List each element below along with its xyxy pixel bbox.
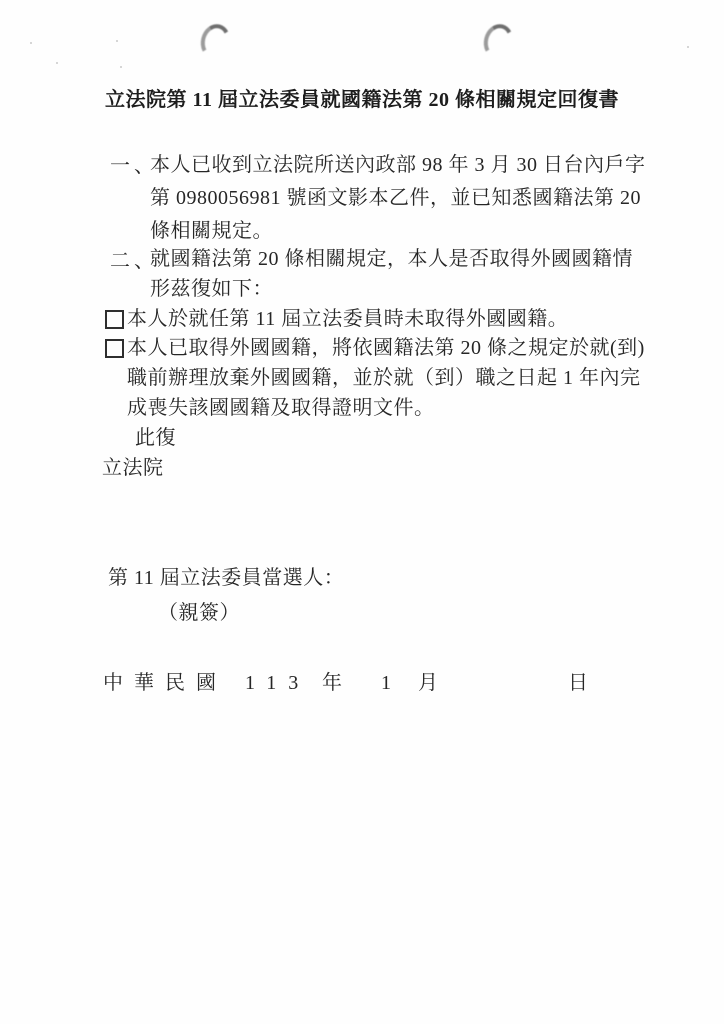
option-2-text: 本人已取得外國國籍，將依國籍法第 20 條之規定於就(到) 職前辦理放棄外國國籍… <box>127 333 645 423</box>
addressee: 立法院 <box>102 454 164 482</box>
punch-hole-shadow-left-icon <box>197 21 234 62</box>
scan-speck <box>120 66 122 68</box>
text-line: 第 0980056981 號函文影本乙件，並已知悉國籍法第 20 <box>150 182 646 215</box>
signature-label: 第 11 屆立法委員當選人： <box>108 564 344 592</box>
option-acquired-foreign-nationality: 本人已取得外國國籍，將依國籍法第 20 條之規定於就(到) 職前辦理放棄外國國籍… <box>105 333 645 423</box>
text-line: 成喪失該國國籍及取得證明文件。 <box>127 393 645 423</box>
scan-speck <box>30 42 32 44</box>
list-item-1: 一、 本人已收到立法院所送內政部 98 年 3 月 30 日台內戶字 第 098… <box>110 149 646 248</box>
date-line: 中華民國 113 年 1 月 日 <box>0 669 724 697</box>
text-line: 本人已取得外國國籍，將依國籍法第 20 條之規定於就(到) <box>127 333 645 363</box>
text-line: 本人於就任第 11 屆立法委員時未取得外國國籍。 <box>127 304 568 334</box>
date-year: 113 <box>245 669 310 697</box>
empty-checkbox-icon <box>105 310 124 329</box>
scan-speck <box>116 40 118 42</box>
signature-note: （親簽） <box>158 599 240 627</box>
text-line: 本人已收到立法院所送內政部 98 年 3 月 30 日台內戶字 <box>150 149 646 182</box>
closing-phrase: 此復 <box>135 424 176 452</box>
scanned-document-page: 立法院第 11 屆立法委員就國籍法第 20 條相關規定回復書 一、 本人已收到立… <box>0 0 724 1024</box>
date-month: 1 <box>381 669 392 697</box>
text-line: 職前辦理放棄外國國籍，並於就（到）職之日起 1 年內完 <box>127 363 645 393</box>
item-2-marker: 二、 <box>110 244 150 304</box>
item-1-marker: 一、 <box>110 149 150 248</box>
item-1-text: 本人已收到立法院所送內政部 98 年 3 月 30 日台內戶字 第 098005… <box>150 149 646 248</box>
date-day-unit: 日 <box>568 669 589 697</box>
empty-checkbox-icon <box>105 339 124 358</box>
punch-hole-shadow-right-icon <box>480 21 517 62</box>
text-line: 就國籍法第 20 條相關規定，本人是否取得外國國籍情 <box>150 244 633 274</box>
text-line: 形茲復如下： <box>150 274 633 304</box>
list-item-2: 二、 就國籍法第 20 條相關規定，本人是否取得外國國籍情 形茲復如下： <box>110 244 633 304</box>
scan-speck <box>56 62 58 64</box>
option-not-acquired-foreign-nationality: 本人於就任第 11 屆立法委員時未取得外國國籍。 <box>105 304 568 334</box>
date-month-unit: 月 <box>418 669 439 697</box>
document-title: 立法院第 11 屆立法委員就國籍法第 20 條相關規定回復書 <box>0 86 724 114</box>
option-1-text: 本人於就任第 11 屆立法委員時未取得外國國籍。 <box>127 304 568 334</box>
date-year-unit: 年 <box>322 669 343 697</box>
date-era: 中華民國 <box>103 669 227 697</box>
scan-speck <box>687 46 689 48</box>
item-2-text: 就國籍法第 20 條相關規定，本人是否取得外國國籍情 形茲復如下： <box>150 244 633 304</box>
